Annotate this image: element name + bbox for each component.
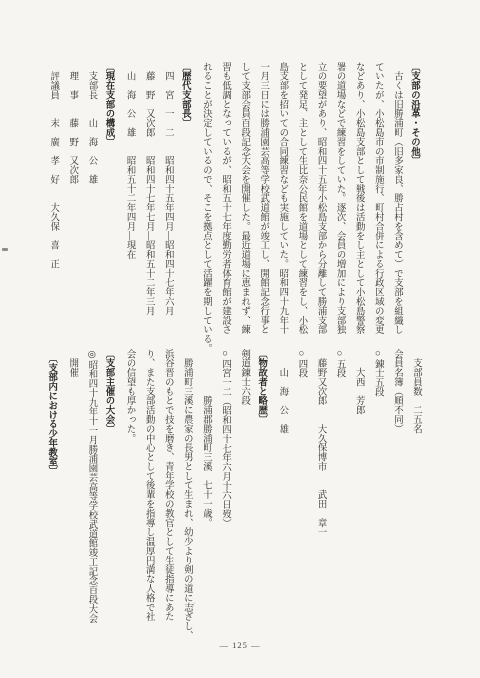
deceased-name-line: ○四宮一二（昭和四十七年六月十六日歿） bbox=[215, 349, 234, 623]
leader-entry: 四 宮 一 二 昭和四十五年四月—昭和四十七年六月 bbox=[158, 62, 177, 346]
rank-label: ○五段 bbox=[330, 349, 349, 623]
leader-entry: 藤 野 又次郎 昭和四十七年七月—昭和五十二年三月 bbox=[139, 62, 158, 346]
biography-line: り、また支部活動の中心として後輩を指導し温厚円満な人格で社 bbox=[139, 349, 158, 623]
paragraph-line: ていたが、小松島市の市制施行、町村合併による行政区域の変更 bbox=[368, 62, 387, 346]
officer-entry: 評議員 末 廣 孝 好 大久保 喜 正 bbox=[43, 62, 62, 346]
member-name: 大西 芳郎 bbox=[349, 349, 368, 623]
lower-text-band: 支部員数 二五名 会員名簿（順不同） ○錬士五段 大西 芳郎 ○五段 藤野又次郎… bbox=[43, 349, 425, 623]
leader-entry: 山 海 公 雄 昭和五十二年四月—現在 bbox=[120, 62, 139, 346]
member-name: 藤野又次郎 大久保博市 武田 章一 bbox=[310, 349, 329, 623]
biography-line: 勝浦町三溪に農家の長男として生まれ、幼少より剣の道に志ざし、 bbox=[177, 349, 196, 623]
officer-entry: 支部長 山 海 公 雄 bbox=[81, 62, 100, 346]
paragraph-line: 一月三日には勝浦園芸高等学校武道館が竣工し、開館記念行事と bbox=[253, 62, 272, 346]
upper-text-band: 〔支部の沿革・その他〕 古くは旧勝浦町（旧多家良、勝占村を含めて）で支部を組織し… bbox=[43, 62, 425, 346]
deceased-rank-line: 剣道錬士六段 bbox=[234, 349, 253, 623]
member-count-line: 支部員数 二五名 bbox=[406, 349, 425, 623]
paragraph-line: 島支部を招いての合同練習なども実施していた。昭和四十九年十 bbox=[272, 62, 291, 346]
officer-entry: 理 事 藤 野 又次郎 bbox=[62, 62, 81, 346]
paragraph-line: 立の要望があり、昭和四十五年小松島支部から分離して勝浦支部 bbox=[310, 62, 329, 346]
paragraph-line: として発足、主として生比奈公民館を道場として練習をし、小松 bbox=[291, 62, 310, 346]
paragraph-line: して支部会員百段記念大会を開催した。最近道場に恵まれず、練 bbox=[234, 62, 253, 346]
heading-shonen-kyoshitsu: 〔支部内における少年教室〕 bbox=[43, 349, 62, 623]
heading-genzai-kosei: 〔現在支部の構成〕 bbox=[100, 62, 119, 346]
biography-line: 会の信望も厚かった。 bbox=[120, 349, 139, 623]
event-line: 開催 bbox=[62, 349, 81, 623]
paragraph-line: 習も低調となっているが、昭和五十七年度勤労者体育館が建設さ bbox=[215, 62, 234, 346]
heading-bukkosha: 〔物故者と略歴〕 bbox=[253, 349, 272, 623]
rank-label: ○錬士五段 bbox=[368, 349, 387, 623]
biography-line: 浜谷晋のもとで技を磨き、青年学校の教官として生徒指導にあた bbox=[158, 349, 177, 623]
roster-title-line: 会員名簿（順不同） bbox=[387, 349, 406, 623]
page-number: — 125 — bbox=[220, 640, 261, 650]
scan-speck-artifact bbox=[2, 248, 8, 251]
paragraph-line: 古くは旧勝浦町（旧多家良、勝占村を含めて）で支部を組織し bbox=[387, 62, 406, 346]
heading-shibu-shusai: 〔支部主催の大会〕 bbox=[100, 349, 119, 623]
scanned-book-page: 〔支部の沿革・その他〕 古くは旧勝浦町（旧多家良、勝占村を含めて）で支部を組織し… bbox=[0, 0, 480, 678]
deceased-address-line: 勝浦郡勝浦町三溪 七十一歳。 bbox=[196, 349, 215, 623]
paragraph-line: 署の道場などで練習をしていた。逐次、会員の増加により支部独 bbox=[330, 62, 349, 346]
paragraph-line: などあり、小松島支部として戦後は活動をし主として小松島警察 bbox=[349, 62, 368, 346]
event-line: ◎昭和四十九年十一月勝浦園芸高等学校武道館竣工記念百段大会 bbox=[81, 349, 100, 623]
paragraph-line: れることが決定しているので、そこを拠点として活躍を期している。 bbox=[196, 62, 215, 346]
rank-label: ○四段 bbox=[291, 349, 310, 623]
heading-rekidai-shibucho: 〔歴代支部長〕 bbox=[177, 62, 196, 346]
heading-shibu-enkaku: 〔支部の沿革・その他〕 bbox=[406, 62, 425, 346]
member-name: 山 海 公 雄 bbox=[272, 349, 291, 623]
